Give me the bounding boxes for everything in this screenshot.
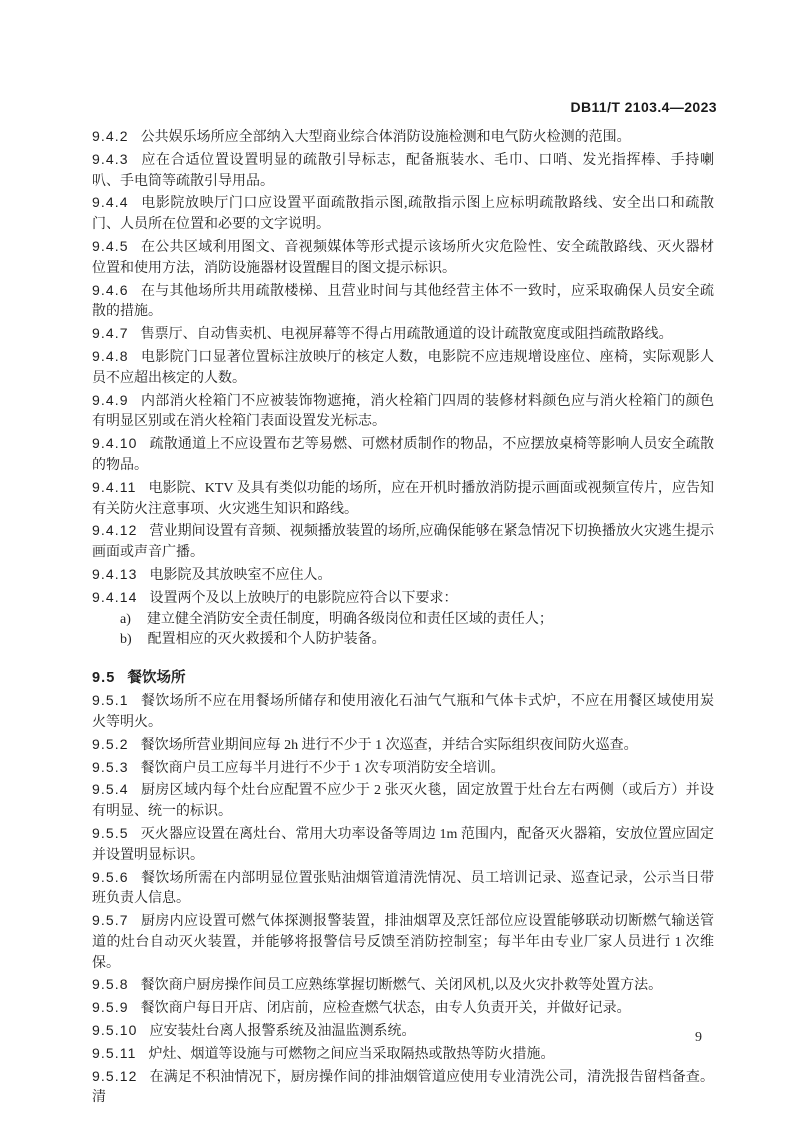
clause-number: 9.5.2 bbox=[92, 736, 129, 752]
clause-number: 9.4.13 bbox=[92, 566, 138, 582]
clause-9-4-12: 9.4.12营业期间设置有音频、视频播放装置的场所,应确保能够在紧急情况下切换播… bbox=[92, 520, 714, 564]
standard-code-header: DB11/T 2103.4—2023 bbox=[570, 99, 717, 115]
clause-text: 餐饮场所营业期间应每 2h 进行不少于 1 次巡查，并结合实际组织夜间防火巡查。 bbox=[141, 738, 638, 753]
clause-text: 在满足不积油情况下，厨房操作间的排油烟管道应使用专业清洗公司，清洗报告留档备查。… bbox=[92, 1070, 714, 1106]
clause-9-4-6: 9.4.6在与其他场所共用疏散楼梯、且营业时间与其他经营主体不一致时，应采取确保… bbox=[92, 280, 714, 324]
page-number: 9 bbox=[695, 1030, 702, 1046]
clause-number: 9.4.14 bbox=[92, 589, 138, 605]
clause-9-5-6: 9.5.6餐饮场所需在内部明显位置张贴油烟管道清洗情况、员工培训记录、巡查记录，… bbox=[92, 867, 714, 911]
clause-text: 应在合适位置设置明显的疏散引导标志，配备瓶装水、毛巾、口哨、发光指挥棒、手持喇叭… bbox=[92, 153, 714, 189]
clause-number: 9.4.2 bbox=[92, 128, 129, 144]
clause-9-5-1: 9.5.1餐饮场所不应在用餐场所储存和使用液化石油气气瓶和气体卡式炉，不应在用餐… bbox=[92, 690, 714, 734]
clause-text: 电影院、KTV 及具有类似功能的场所，应在开机时播放消防提示画面或视频宣传片，应… bbox=[92, 481, 714, 517]
clause-9-5-3: 9.5.3餐饮商户员工应每半月进行不少于 1 次专项消防安全培训。 bbox=[92, 757, 714, 780]
clause-number: 9.4.10 bbox=[92, 435, 138, 451]
clause-9-4-10: 9.4.10疏散通道上不应设置布艺等易燃、可燃材质制作的物品，不应摆放桌椅等影响… bbox=[92, 433, 714, 477]
clause-text: 设置两个及以上放映厅的电影院应符合以下要求： bbox=[150, 591, 458, 606]
clause-text: 餐饮商户每日开店、闭店前，应检查燃气状态，由专人负责开关，并做好记录。 bbox=[141, 1001, 631, 1016]
clause-9-4-8: 9.4.8电影院门口显著位置标注放映厅的核定人数，电影院不应违规增设座位、座椅，… bbox=[92, 346, 714, 390]
clause-text: 应安装灶台离人报警系统及油温监测系统。 bbox=[150, 1024, 416, 1039]
clause-9-5-2: 9.5.2餐饮场所营业期间应每 2h 进行不少于 1 次巡查，并结合实际组织夜间… bbox=[92, 734, 714, 757]
clause-number: 9.4.6 bbox=[92, 282, 129, 298]
list-item-text: 配置相应的灭火救援和个人防护装备。 bbox=[148, 632, 386, 647]
clause-number: 9.5.8 bbox=[92, 976, 129, 992]
clause-number: 9.5.12 bbox=[92, 1068, 138, 1084]
document-body: 9.4.2公共娱乐场所应全部纳入大型商业综合体消防设施检测和电气防火检测的范围。… bbox=[92, 126, 714, 1109]
clause-9-4-13: 9.4.13电影院及其放映室不应住人。 bbox=[92, 564, 714, 587]
section-title: 餐饮场所 bbox=[127, 670, 185, 686]
list-item-marker: b) bbox=[120, 632, 132, 647]
clause-number: 9.5.11 bbox=[92, 1045, 137, 1061]
clause-number: 9.5.4 bbox=[92, 781, 129, 797]
clause-9-4-7: 9.4.7售票厅、自动售卖机、电视屏幕等不得占用疏散通道的设计疏散宽度或阻挡疏散… bbox=[92, 323, 714, 346]
clause-9-4-3: 9.4.3应在合适位置设置明显的疏散引导标志，配备瓶装水、毛巾、口哨、发光指挥棒… bbox=[92, 149, 714, 193]
clause-number: 9.4.11 bbox=[92, 479, 137, 495]
clause-number: 9.5.1 bbox=[92, 692, 129, 708]
clause-9-5-4: 9.5.4厨房区域内每个灶台应配置不应少于 2 张灭火毯，固定放置于灶台左右两侧… bbox=[92, 779, 714, 823]
list-item-a: a)建立健全消防安全责任制度，明确各级岗位和责任区域的责任人； bbox=[92, 610, 714, 631]
clause-text: 炉灶、烟道等设施与可燃物之间应当采取隔热或散热等防火措施。 bbox=[149, 1047, 555, 1062]
clause-text: 电影院放映厅门口应设置平面疏散指示图,疏散指示图上应标明疏散路线、安全出口和疏散… bbox=[92, 196, 714, 232]
clause-number: 9.4.9 bbox=[92, 392, 129, 408]
clause-9-4-5: 9.4.5在公共区域利用图文、音视频媒体等形式提示该场所火灾危险性、安全疏散路线… bbox=[92, 236, 714, 280]
clause-9-4-14: 9.4.14设置两个及以上放映厅的电影院应符合以下要求： bbox=[92, 587, 714, 610]
list-item-b: b)配置相应的灭火救援和个人防护装备。 bbox=[92, 630, 714, 651]
list-item-text: 建立健全消防安全责任制度，明确各级岗位和责任区域的责任人； bbox=[147, 612, 553, 627]
clause-number: 9.4.5 bbox=[92, 238, 129, 254]
clause-text: 餐饮商户厨房操作间员工应熟练掌握切断燃气、关闭风机,以及火灾扑救等处置方法。 bbox=[141, 978, 663, 993]
clause-number: 9.5.9 bbox=[92, 999, 129, 1015]
clause-number: 9.4.3 bbox=[92, 151, 129, 167]
clause-9-5-10: 9.5.10应安装灶台离人报警系统及油温监测系统。 bbox=[92, 1020, 714, 1043]
clause-number: 9.4.7 bbox=[92, 325, 129, 341]
clause-9-5-11: 9.5.11炉灶、烟道等设施与可燃物之间应当采取隔热或散热等防火措施。 bbox=[92, 1043, 714, 1066]
clause-text: 电影院门口显著位置标注放映厅的核定人数，电影院不应违规增设座位、座椅，实际观影人… bbox=[92, 350, 714, 386]
clause-text: 营业期间设置有音频、视频播放装置的场所,应确保能够在紧急情况下切换播放火灾逃生提… bbox=[92, 524, 714, 560]
clause-text: 公共娱乐场所应全部纳入大型商业综合体消防设施检测和电气防火检测的范围。 bbox=[141, 130, 631, 145]
clause-9-4-9: 9.4.9内部消火栓箱门不应被装饰物遮掩，消火栓箱门四周的装修材料颜色应与消火栓… bbox=[92, 390, 714, 434]
document-page: DB11/T 2103.4—2023 9.4.2公共娱乐场所应全部纳入大型商业综… bbox=[0, 0, 794, 1123]
clause-text: 内部消火栓箱门不应被装饰物遮掩，消火栓箱门四周的装修材料颜色应与消火栓箱门的颜色… bbox=[92, 394, 714, 430]
clause-number: 9.5.10 bbox=[92, 1022, 138, 1038]
clause-number: 9.4.8 bbox=[92, 348, 129, 364]
clause-text: 在与其他场所共用疏散楼梯、且营业时间与其他经营主体不一致时，应采取确保人员安全疏… bbox=[92, 284, 714, 320]
list-item-marker: a) bbox=[120, 612, 131, 627]
clause-9-4-2: 9.4.2公共娱乐场所应全部纳入大型商业综合体消防设施检测和电气防火检测的范围。 bbox=[92, 126, 714, 149]
clause-9-4-11: 9.4.11电影院、KTV 及具有类似功能的场所，应在开机时播放消防提示画面或视… bbox=[92, 477, 714, 521]
clause-number: 9.5.3 bbox=[92, 759, 129, 775]
clause-9-5-5: 9.5.5灭火器应设置在离灶台、常用大功率设备等周边 1m 范围内，配备灭火器箱… bbox=[92, 823, 714, 867]
clause-number: 9.5.6 bbox=[92, 869, 129, 885]
section-number: 9.5 bbox=[92, 670, 115, 686]
clause-text: 厨房区域内每个灶台应配置不应少于 2 张灭火毯，固定放置于灶台左右两侧（或后方）… bbox=[92, 783, 714, 819]
clause-number: 9.5.5 bbox=[92, 825, 129, 841]
section-heading-9-5: 9.5餐饮场所 bbox=[92, 666, 714, 690]
clause-number: 9.4.12 bbox=[92, 522, 138, 538]
clause-text: 灭火器应设置在离灶台、常用大功率设备等周边 1m 范围内，配备灭火器箱，安放位置… bbox=[92, 827, 714, 863]
clause-text: 餐饮商户员工应每半月进行不少于 1 次专项消防安全培训。 bbox=[141, 761, 505, 776]
clause-text: 电影院及其放映室不应住人。 bbox=[150, 568, 332, 583]
clause-9-5-12: 9.5.12在满足不积油情况下，厨房操作间的排油烟管道应使用专业清洗公司，清洗报… bbox=[92, 1066, 714, 1110]
clause-text: 售票厅、自动售卖机、电视屏幕等不得占用疏散通道的设计疏散宽度或阻挡疏散路线。 bbox=[141, 327, 673, 342]
clause-text: 厨房内应设置可燃气体探测报警装置，排油烟罩及烹饪部位应设置能够联动切断燃气输送管… bbox=[92, 914, 714, 971]
clause-text: 在公共区域利用图文、音视频媒体等形式提示该场所火灾危险性、安全疏散路线、灭火器材… bbox=[92, 240, 714, 276]
clause-9-5-9: 9.5.9餐饮商户每日开店、闭店前，应检查燃气状态，由专人负责开关，并做好记录。 bbox=[92, 997, 714, 1020]
clause-text: 餐饮场所不应在用餐场所储存和使用液化石油气气瓶和气体卡式炉，不应在用餐区域使用炭… bbox=[92, 694, 714, 730]
clause-number: 9.4.4 bbox=[92, 194, 129, 210]
clause-text: 疏散通道上不应设置布艺等易燃、可燃材质制作的物品，不应摆放桌椅等影响人员安全疏散… bbox=[92, 437, 714, 473]
clause-number: 9.5.7 bbox=[92, 912, 129, 928]
clause-9-5-7: 9.5.7厨房内应设置可燃气体探测报警装置，排油烟罩及烹饪部位应设置能够联动切断… bbox=[92, 910, 714, 974]
clause-9-5-8: 9.5.8餐饮商户厨房操作间员工应熟练掌握切断燃气、关闭风机,以及火灾扑救等处置… bbox=[92, 974, 714, 997]
clause-9-4-4: 9.4.4电影院放映厅门口应设置平面疏散指示图,疏散指示图上应标明疏散路线、安全… bbox=[92, 192, 714, 236]
clause-text: 餐饮场所需在内部明显位置张贴油烟管道清洗情况、员工培训记录、巡查记录，公示当日带… bbox=[92, 871, 714, 907]
